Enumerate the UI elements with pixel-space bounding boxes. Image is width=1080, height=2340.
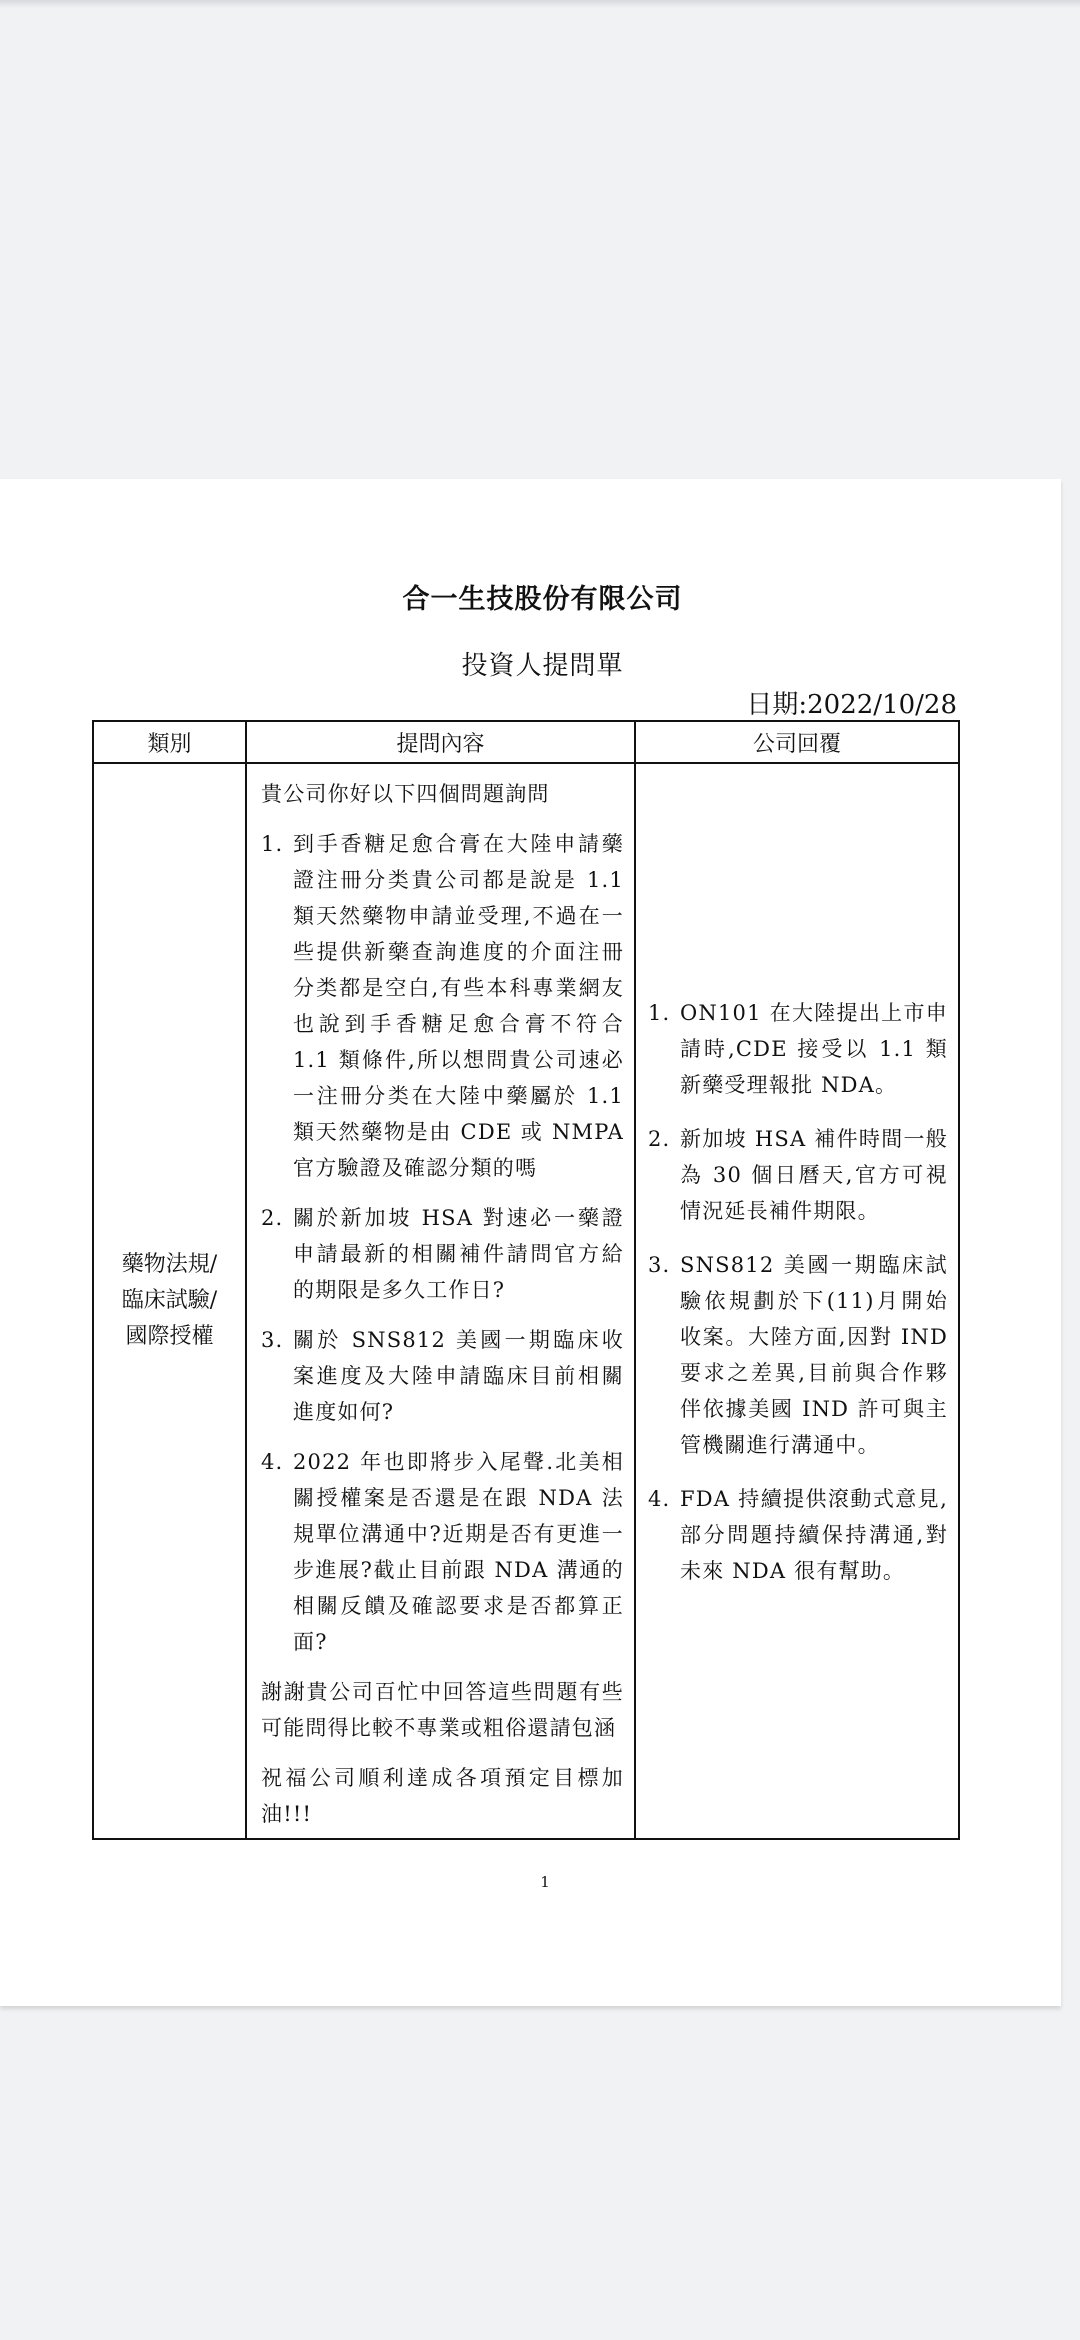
closing-thanks: 謝謝貴公司百忙中回答這些問題有些可能問得比較不專業或粗俗還請包涵 (261, 1674, 624, 1746)
question-text: 關於 SNS812 美國一期臨床收案進度及大陸申請臨床目前相關進度如何? (293, 1322, 624, 1430)
question-number: 3. (261, 1322, 293, 1430)
viewer-top-shadow (0, 0, 1080, 8)
reply-text: 新加坡 HSA 補件時間一般為 30 個日曆天,官方可視情況延長補件期限。 (680, 1121, 948, 1229)
document-page[interactable]: 合一生技股份有限公司 投資人提問單 日期:2022/10/28 類別 提問內容 … (0, 479, 1061, 2006)
question-number: 1. (261, 826, 293, 1186)
question-item: 4. 2022 年也即將步入尾聲.北美相關授權案是否還是在跟 NDA 法規單位溝… (261, 1444, 624, 1660)
page-number: 1 (0, 1873, 1080, 1891)
company-title: 合一生技股份有限公司 (0, 577, 1080, 616)
question-item: 1. 到手香糖足愈合膏在大陸申請藥證注冊分类貴公司都是說是 1.1 類天然藥物申… (261, 826, 624, 1186)
reply-item: 2. 新加坡 HSA 補件時間一般為 30 個日曆天,官方可視情況延長補件期限。 (648, 1121, 948, 1229)
header-question: 提問內容 (246, 721, 635, 763)
header-reply: 公司回覆 (635, 721, 959, 763)
reply-text: SNS812 美國一期臨床試驗依規劃於下(11)月開始收案。大陸方面,因對 IN… (680, 1247, 948, 1463)
category-cell: 藥物法規/ 臨床試驗/ 國際授權 (93, 763, 246, 1839)
category-line: 國際授權 (94, 1319, 245, 1355)
reply-number: 3. (648, 1247, 680, 1463)
reply-item: 3. SNS812 美國一期臨床試驗依規劃於下(11)月開始收案。大陸方面,因對… (648, 1247, 948, 1463)
table-row: 藥物法規/ 臨床試驗/ 國際授權 貴公司你好以下四個問題詢問 1. 到手香糖足愈… (93, 763, 959, 1839)
qa-table: 類別 提問內容 公司回覆 藥物法規/ 臨床試驗/ 國際授權 貴公司你好以下四個問… (92, 720, 960, 1840)
reply-number: 2. (648, 1121, 680, 1229)
header-category: 類別 (93, 721, 246, 763)
form-date: 日期:2022/10/28 (746, 684, 957, 721)
reply-item: 4. FDA 持續提供滾動式意見,部分問題持續保持溝通,對未來 NDA 很有幫助… (648, 1481, 948, 1589)
question-text: 到手香糖足愈合膏在大陸申請藥證注冊分类貴公司都是說是 1.1 類天然藥物申請並受… (293, 826, 624, 1186)
form-title: 投資人提問單 (0, 645, 1080, 682)
table-header-row: 類別 提問內容 公司回覆 (93, 721, 959, 763)
reply-number: 1. (648, 995, 680, 1103)
question-number: 2. (261, 1200, 293, 1308)
category-line: 臨床試驗/ (94, 1283, 245, 1319)
question-item: 2. 關於新加坡 HSA 對速必一藥證申請最新的相關補件請問官方給的期限是多久工… (261, 1200, 624, 1308)
question-text: 關於新加坡 HSA 對速必一藥證申請最新的相關補件請問官方給的期限是多久工作日? (293, 1200, 624, 1308)
reply-cell: 1. ON101 在大陸提出上市申請時,CDE 接受以 1.1 類新藥受理報批 … (635, 763, 959, 1839)
question-cell: 貴公司你好以下四個問題詢問 1. 到手香糖足愈合膏在大陸申請藥證注冊分类貴公司都… (246, 763, 635, 1839)
reply-item: 1. ON101 在大陸提出上市申請時,CDE 接受以 1.1 類新藥受理報批 … (648, 995, 948, 1103)
reply-text: FDA 持續提供滾動式意見,部分問題持續保持溝通,對未來 NDA 很有幫助。 (680, 1481, 948, 1589)
closing-wishes: 祝福公司順利達成各項預定目標加油!!! (261, 1760, 624, 1832)
question-text: 2022 年也即將步入尾聲.北美相關授權案是否還是在跟 NDA 法規單位溝通中?… (293, 1444, 624, 1660)
question-intro: 貴公司你好以下四個問題詢問 (261, 776, 624, 812)
reply-number: 4. (648, 1481, 680, 1589)
reply-text: ON101 在大陸提出上市申請時,CDE 接受以 1.1 類新藥受理報批 NDA… (680, 995, 948, 1103)
question-number: 4. (261, 1444, 293, 1660)
question-item: 3. 關於 SNS812 美國一期臨床收案進度及大陸申請臨床目前相關進度如何? (261, 1322, 624, 1430)
category-line: 藥物法規/ (94, 1247, 245, 1283)
